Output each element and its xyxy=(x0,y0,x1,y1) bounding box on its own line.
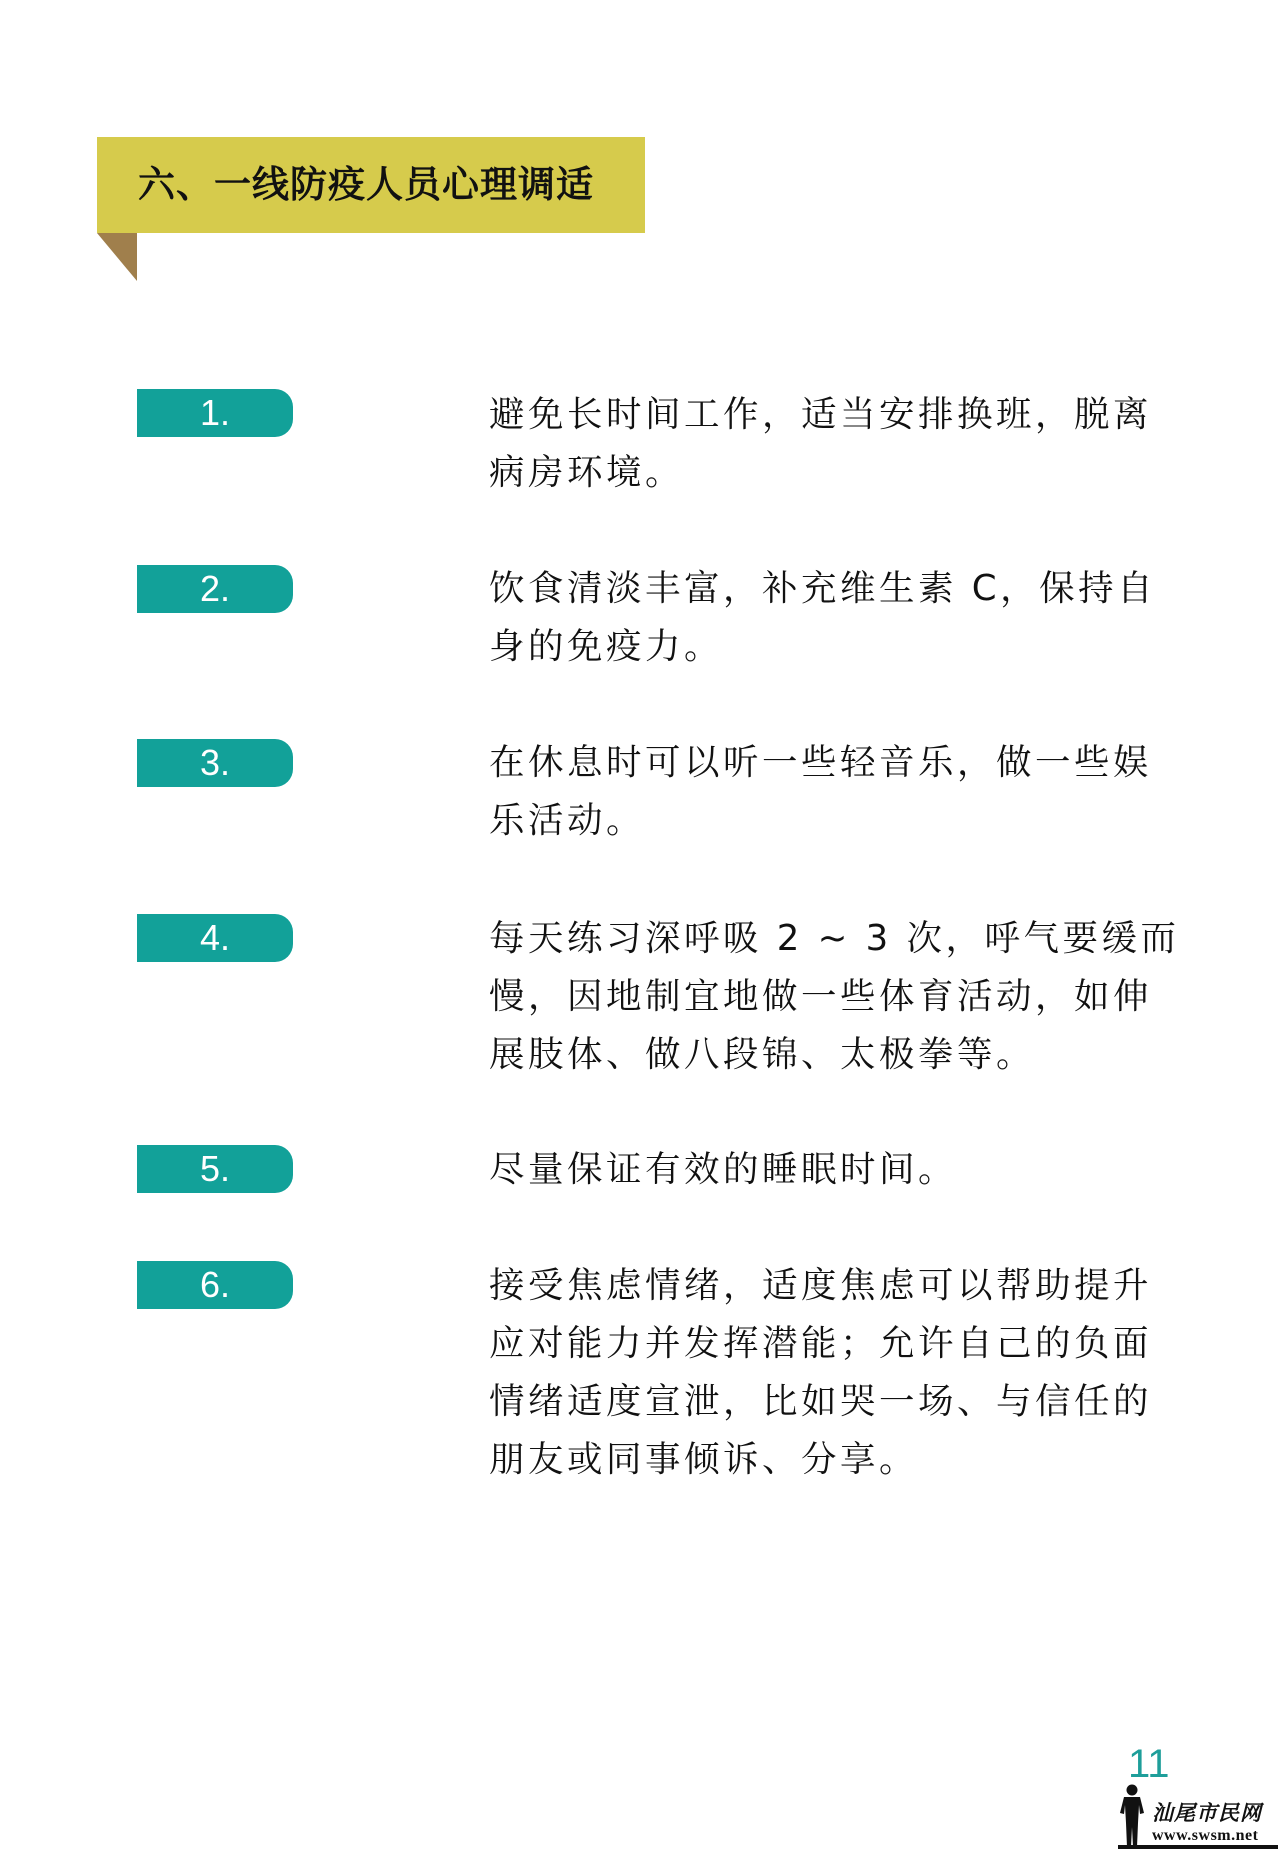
item-text-line: 慢，因地制宜地做一些体育活动，如伸 xyxy=(489,968,1189,1026)
item-text-line: 病房环境。 xyxy=(489,444,1189,502)
item-number-badge: 2. xyxy=(137,565,293,613)
item-number-badge: 5. xyxy=(137,1145,293,1193)
banner-fold-decoration xyxy=(97,233,137,281)
item-text-line: 接受焦虑情绪，适度焦虑可以帮助提升 xyxy=(489,1257,1189,1315)
watermark-site-name: 汕尾市民网 xyxy=(1152,1797,1262,1827)
watermark-url: www.swsm.net xyxy=(1152,1827,1258,1845)
item-text-line: 应对能力并发挥潜能；允许自己的负面 xyxy=(489,1315,1189,1373)
section-banner: 六、一线防疫人员心理调适 xyxy=(97,137,645,233)
item-text: 每天练习深呼吸 2 ~ 3 次，呼气要缓而 慢，因地制宜地做一些体育活动，如伸 … xyxy=(489,910,1189,1084)
watermark-underline xyxy=(1118,1845,1278,1849)
item-text: 饮食清淡丰富，补充维生素 C，保持自 身的免疫力。 xyxy=(489,560,1189,676)
item-text-line: 在休息时可以听一些轻音乐，做一些娱 xyxy=(489,734,1189,792)
item-text-line: 尽量保证有效的睡眠时间。 xyxy=(489,1141,1189,1199)
item-number-badge: 4. xyxy=(137,914,293,962)
item-text-line: 朋友或同事倾诉、分享。 xyxy=(489,1431,1189,1489)
item-text-line: 情绪适度宣泄，比如哭一场、与信任的 xyxy=(489,1373,1189,1431)
item-text-line: 身的免疫力。 xyxy=(489,618,1189,676)
item-text: 避免长时间工作，适当安排换班，脱离 病房环境。 xyxy=(489,386,1189,502)
item-number-badge: 6. xyxy=(137,1261,293,1309)
item-text: 尽量保证有效的睡眠时间。 xyxy=(489,1141,1189,1199)
site-watermark: 汕尾市民网 www.swsm.net xyxy=(1112,1783,1280,1856)
item-text-line: 展肢体、做八段锦、太极拳等。 xyxy=(489,1026,1189,1084)
item-number-badge: 3. xyxy=(137,739,293,787)
item-text-line: 每天练习深呼吸 2 ~ 3 次，呼气要缓而 xyxy=(489,910,1189,968)
section-title: 六、一线防疫人员心理调适 xyxy=(138,137,594,233)
item-text-line: 乐活动。 xyxy=(489,792,1189,850)
item-text: 接受焦虑情绪，适度焦虑可以帮助提升 应对能力并发挥潜能；允许自己的负面 情绪适度… xyxy=(489,1257,1189,1489)
item-text-line: 避免长时间工作，适当安排换班，脱离 xyxy=(489,386,1189,444)
item-text-line: 饮食清淡丰富，补充维生素 C，保持自 xyxy=(489,560,1189,618)
item-text: 在休息时可以听一些轻音乐，做一些娱 乐活动。 xyxy=(489,734,1189,850)
person-silhouette-icon xyxy=(1112,1783,1152,1853)
page-number: 11 xyxy=(1128,1742,1170,1786)
item-number-badge: 1. xyxy=(137,389,293,437)
